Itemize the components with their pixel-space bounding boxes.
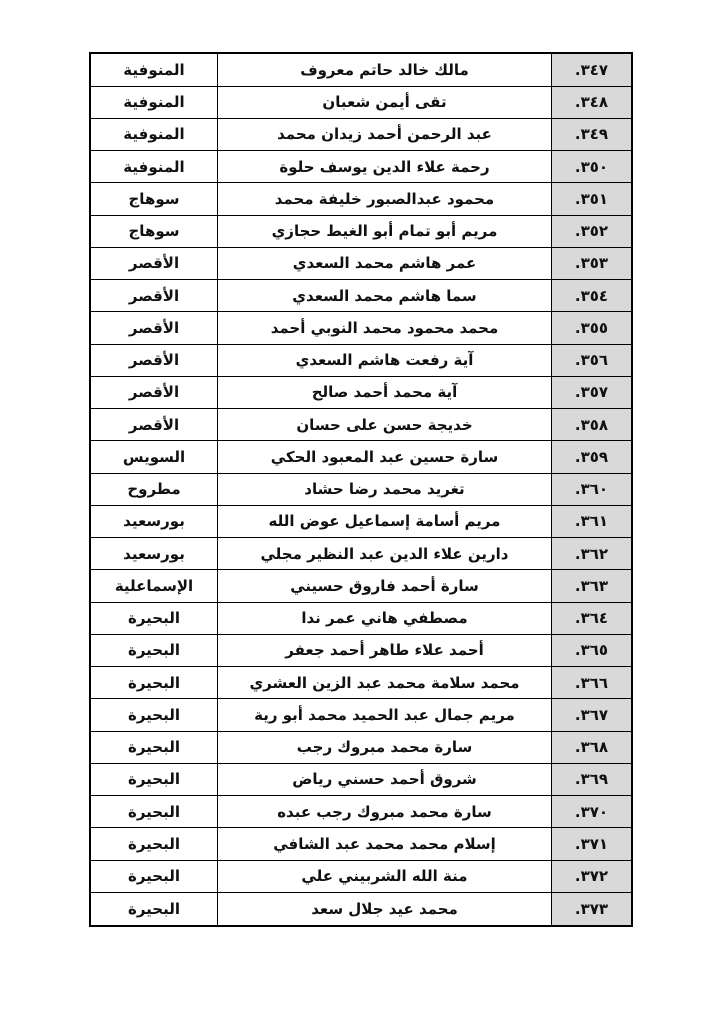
student-name-cell: شروق أحمد حسني رياض bbox=[218, 763, 552, 795]
table-row: ٣٦١.مريم أسامة إسماعيل عوض اللهبورسعيد bbox=[90, 505, 632, 537]
governorate-cell: الأقصر bbox=[90, 376, 218, 408]
student-name-cell: سارة محمد مبروك رجب bbox=[218, 731, 552, 763]
student-name-cell: سما هاشم محمد السعدي bbox=[218, 280, 552, 312]
serial-number-cell: ٣٥٤. bbox=[552, 280, 633, 312]
serial-number-cell: ٣٧٠. bbox=[552, 796, 633, 828]
table-row: ٣٥١.محمود عبدالصبور خليفة محمدسوهاج bbox=[90, 183, 632, 215]
student-name-cell: تقى أيمن شعبان bbox=[218, 86, 552, 118]
governorate-cell: البحيرة bbox=[90, 667, 218, 699]
student-name-cell: محمود عبدالصبور خليفة محمد bbox=[218, 183, 552, 215]
student-name-cell: رحمة علاء الدين يوسف حلوة bbox=[218, 151, 552, 183]
table-row: ٣٦٦.محمد سلامة محمد عبد الزين العشريالبح… bbox=[90, 667, 632, 699]
student-name-cell: مريم أسامة إسماعيل عوض الله bbox=[218, 505, 552, 537]
serial-number-cell: ٣٥٠. bbox=[552, 151, 633, 183]
governorate-cell: بورسعيد bbox=[90, 505, 218, 537]
serial-number-cell: ٣٦٤. bbox=[552, 602, 633, 634]
governorate-cell: البحيرة bbox=[90, 699, 218, 731]
student-name-cell: آية رفعت هاشم السعدي bbox=[218, 344, 552, 376]
students-table: ٣٤٧.مالك خالد حاتم معروفالمنوفية٣٤٨.تقى … bbox=[89, 52, 633, 927]
table-row: ٣٦٨.سارة محمد مبروك رجبالبحيرة bbox=[90, 731, 632, 763]
governorate-cell: مطروح bbox=[90, 473, 218, 505]
student-name-cell: سارة أحمد فاروق حسيني bbox=[218, 570, 552, 602]
table-row: ٣٧٢.منة الله الشربيني عليالبحيرة bbox=[90, 860, 632, 892]
governorate-cell: البحيرة bbox=[90, 796, 218, 828]
serial-number-cell: ٣٤٩. bbox=[552, 118, 633, 150]
serial-number-cell: ٣٥٨. bbox=[552, 409, 633, 441]
student-name-cell: دارين علاء الدين عبد النظير مجلي bbox=[218, 538, 552, 570]
student-name-cell: سارة محمد مبروك رجب عبده bbox=[218, 796, 552, 828]
governorate-cell: الإسماعلية bbox=[90, 570, 218, 602]
table-row: ٣٤٧.مالك خالد حاتم معروفالمنوفية bbox=[90, 53, 632, 86]
table-row: ٣٤٨.تقى أيمن شعبانالمنوفية bbox=[90, 86, 632, 118]
table-row: ٣٥٧.آية محمد أحمد صالحالأقصر bbox=[90, 376, 632, 408]
governorate-cell: المنوفية bbox=[90, 151, 218, 183]
serial-number-cell: ٣٥١. bbox=[552, 183, 633, 215]
student-name-cell: عبد الرحمن أحمد زيدان محمد bbox=[218, 118, 552, 150]
governorate-cell: المنوفية bbox=[90, 53, 218, 86]
governorate-cell: البحيرة bbox=[90, 602, 218, 634]
governorate-cell: السويس bbox=[90, 441, 218, 473]
student-name-cell: عمر هاشم محمد السعدي bbox=[218, 247, 552, 279]
serial-number-cell: ٣٦٨. bbox=[552, 731, 633, 763]
table-row: ٣٦٤.مصطفي هاني عمر نداالبحيرة bbox=[90, 602, 632, 634]
student-name-cell: تغريد محمد رضا حشاد bbox=[218, 473, 552, 505]
table-row: ٣٧٣.محمد عيد جلال سعدالبحيرة bbox=[90, 892, 632, 926]
serial-number-cell: ٣٥٣. bbox=[552, 247, 633, 279]
table-row: ٣٥٤.سما هاشم محمد السعديالأقصر bbox=[90, 280, 632, 312]
table-row: ٣٥٨.خديجة حسن على حسانالأقصر bbox=[90, 409, 632, 441]
table-row: ٣٦٠.تغريد محمد رضا حشادمطروح bbox=[90, 473, 632, 505]
governorate-cell: بورسعيد bbox=[90, 538, 218, 570]
governorate-cell: المنوفية bbox=[90, 118, 218, 150]
student-name-cell: خديجة حسن على حسان bbox=[218, 409, 552, 441]
document-page: ٣٤٧.مالك خالد حاتم معروفالمنوفية٣٤٨.تقى … bbox=[0, 0, 720, 1018]
student-name-cell: محمد عيد جلال سعد bbox=[218, 892, 552, 926]
governorate-cell: البحيرة bbox=[90, 828, 218, 860]
student-name-cell: سارة حسين عبد المعبود الحكي bbox=[218, 441, 552, 473]
serial-number-cell: ٣٥٥. bbox=[552, 312, 633, 344]
governorate-cell: البحيرة bbox=[90, 763, 218, 795]
serial-number-cell: ٣٦٢. bbox=[552, 538, 633, 570]
serial-number-cell: ٣٦٦. bbox=[552, 667, 633, 699]
serial-number-cell: ٣٥٦. bbox=[552, 344, 633, 376]
student-name-cell: مريم جمال عبد الحميد محمد أبو رية bbox=[218, 699, 552, 731]
governorate-cell: سوهاج bbox=[90, 215, 218, 247]
table-row: ٣٦٩.شروق أحمد حسني رياضالبحيرة bbox=[90, 763, 632, 795]
serial-number-cell: ٣٧٣. bbox=[552, 892, 633, 926]
table-row: ٣٥٢.مريم أبو تمام أبو الغيط حجازيسوهاج bbox=[90, 215, 632, 247]
table-row: ٣٥٠.رحمة علاء الدين يوسف حلوةالمنوفية bbox=[90, 151, 632, 183]
student-name-cell: مصطفي هاني عمر ندا bbox=[218, 602, 552, 634]
serial-number-cell: ٣٥٢. bbox=[552, 215, 633, 247]
serial-number-cell: ٣٦٣. bbox=[552, 570, 633, 602]
governorate-cell: الأقصر bbox=[90, 312, 218, 344]
serial-number-cell: ٣٥٩. bbox=[552, 441, 633, 473]
serial-number-cell: ٣٤٧. bbox=[552, 53, 633, 86]
student-name-cell: آية محمد أحمد صالح bbox=[218, 376, 552, 408]
table-row: ٣٧٠.سارة محمد مبروك رجب عبدهالبحيرة bbox=[90, 796, 632, 828]
governorate-cell: البحيرة bbox=[90, 892, 218, 926]
serial-number-cell: ٣٦٥. bbox=[552, 634, 633, 666]
serial-number-cell: ٣٦٩. bbox=[552, 763, 633, 795]
serial-number-cell: ٣٧٢. bbox=[552, 860, 633, 892]
table-body: ٣٤٧.مالك خالد حاتم معروفالمنوفية٣٤٨.تقى … bbox=[90, 53, 632, 926]
governorate-cell: البحيرة bbox=[90, 860, 218, 892]
governorate-cell: المنوفية bbox=[90, 86, 218, 118]
governorate-cell: سوهاج bbox=[90, 183, 218, 215]
governorate-cell: البحيرة bbox=[90, 731, 218, 763]
table-row: ٣٦٣.سارة أحمد فاروق حسينيالإسماعلية bbox=[90, 570, 632, 602]
governorate-cell: الأقصر bbox=[90, 280, 218, 312]
table-row: ٣٥٥.محمد محمود محمد النوبي أحمدالأقصر bbox=[90, 312, 632, 344]
student-name-cell: أحمد علاء طاهر أحمد جعفر bbox=[218, 634, 552, 666]
table-row: ٣٦٧.مريم جمال عبد الحميد محمد أبو ريةالب… bbox=[90, 699, 632, 731]
governorate-cell: البحيرة bbox=[90, 634, 218, 666]
table-row: ٣٥٩.سارة حسين عبد المعبود الحكيالسويس bbox=[90, 441, 632, 473]
student-name-cell: مالك خالد حاتم معروف bbox=[218, 53, 552, 86]
student-name-cell: منة الله الشربيني علي bbox=[218, 860, 552, 892]
serial-number-cell: ٣٥٧. bbox=[552, 376, 633, 408]
governorate-cell: الأقصر bbox=[90, 247, 218, 279]
governorate-cell: الأقصر bbox=[90, 409, 218, 441]
table-row: ٣٤٩.عبد الرحمن أحمد زيدان محمدالمنوفية bbox=[90, 118, 632, 150]
student-name-cell: مريم أبو تمام أبو الغيط حجازي bbox=[218, 215, 552, 247]
serial-number-cell: ٣٦٠. bbox=[552, 473, 633, 505]
serial-number-cell: ٣٦١. bbox=[552, 505, 633, 537]
student-name-cell: محمد محمود محمد النوبي أحمد bbox=[218, 312, 552, 344]
table-row: ٣٥٣.عمر هاشم محمد السعديالأقصر bbox=[90, 247, 632, 279]
table-row: ٣٦٢.دارين علاء الدين عبد النظير مجليبورس… bbox=[90, 538, 632, 570]
governorate-cell: الأقصر bbox=[90, 344, 218, 376]
student-name-cell: إسلام محمد محمد عبد الشافي bbox=[218, 828, 552, 860]
serial-number-cell: ٣٦٧. bbox=[552, 699, 633, 731]
serial-number-cell: ٣٤٨. bbox=[552, 86, 633, 118]
table-row: ٣٦٥.أحمد علاء طاهر أحمد جعفرالبحيرة bbox=[90, 634, 632, 666]
table-row: ٣٥٦.آية رفعت هاشم السعديالأقصر bbox=[90, 344, 632, 376]
serial-number-cell: ٣٧١. bbox=[552, 828, 633, 860]
student-name-cell: محمد سلامة محمد عبد الزين العشري bbox=[218, 667, 552, 699]
table-row: ٣٧١.إسلام محمد محمد عبد الشافيالبحيرة bbox=[90, 828, 632, 860]
